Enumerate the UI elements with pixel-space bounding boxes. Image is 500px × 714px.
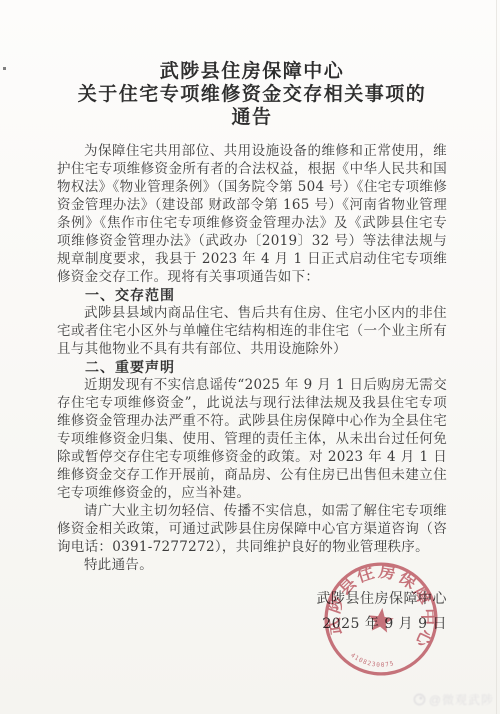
notice-document: 武陟县住房保障中心 关于住宅专项维修资金交存相关事项的 通告 为保障住宅共用部位… xyxy=(57,60,447,637)
weibo-watermark: @微观武陟 xyxy=(413,691,494,708)
weibo-eye-icon xyxy=(413,693,426,706)
notice-body: 为保障住宅共用部位、共用设施设备的维修和正常使用，维护住宅专项维修资金所有者的合… xyxy=(57,142,447,574)
section-1-paragraph: 武陟县县域内商品住宅、售后共有住房、住宅小区内的非住宅或者住宅小区外与单幢住宅结… xyxy=(57,304,447,358)
seal-star-icon xyxy=(367,606,395,633)
section-2-paragraph: 近期发现有不实信息谣传“2025 年 9 月 1 日后购房无需交存住宅专项维修资… xyxy=(57,376,447,502)
title-line-subject: 关于住宅专项维修资金交存相关事项的 xyxy=(57,83,447,106)
title-line-type: 通告 xyxy=(57,106,447,129)
notice-title: 武陟县住房保障中心 关于住宅专项维修资金交存相关事项的 通告 xyxy=(57,60,447,129)
photographed-notice-page: 武陟县住房保障中心 关于住宅专项维修资金交存相关事项的 通告 为保障住宅共用部位… xyxy=(0,0,500,714)
advisory-paragraph: 请广大业主切勿轻信、传播不实信息，如需了解住宅专项维修资金相关政策，可通过武陟县… xyxy=(57,502,447,556)
svg-text:武陟县住房保障中心: 武陟县住房保障中心 xyxy=(320,554,446,653)
official-seal: 武陟县住房保障中心 4108230075 xyxy=(313,551,449,687)
photo-dust-speck xyxy=(3,67,6,70)
section-heading-2: 二、重要声明 xyxy=(57,358,447,376)
section-heading-1: 一、交存范围 xyxy=(57,286,447,304)
title-line-org: 武陟县住房保障中心 xyxy=(57,60,447,83)
intro-paragraph: 为保障住宅共用部位、共用设施设备的维修和正常使用，维护住宅专项维修资金所有者的合… xyxy=(57,142,447,286)
seal-ring-text: 武陟县住房保障中心 xyxy=(320,554,446,653)
watermark-text: @微观武陟 xyxy=(429,691,494,708)
